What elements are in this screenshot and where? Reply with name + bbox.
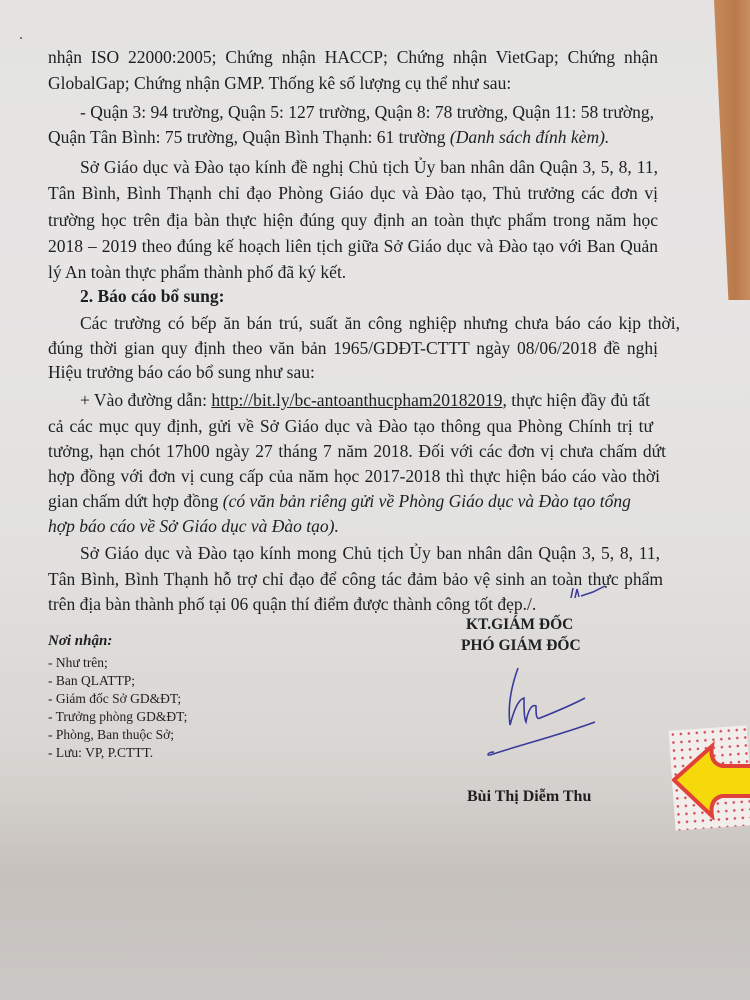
attachment-note: (Danh sách đính kèm). — [450, 127, 609, 147]
text-span: , thực hiện đầy đủ tất — [502, 390, 650, 410]
text-line: cả các mục quy định, gửi về Sở Giáo dục … — [48, 416, 653, 437]
text-line: lý An toàn thực phẩm thành phố đã ký kết… — [48, 262, 346, 283]
text-line: 2018 – 2019 theo đúng kế hoạch liên tịch… — [48, 236, 658, 257]
text-line: trên địa bàn thành phố tại 06 quận thí đ… — [48, 594, 536, 615]
paper-speck — [20, 37, 22, 39]
text-line: Các trường có bếp ăn bán trú, suất ăn cô… — [80, 313, 680, 334]
text-line: Quận Tân Bình: 75 trường, Quận Bình Thạn… — [48, 127, 609, 148]
signature-title: KT.GIÁM ĐỐC — [466, 616, 573, 634]
recipient-item: - Phòng, Ban thuộc Sở; — [48, 727, 174, 743]
text-span: + Vào đường dẫn: — [80, 390, 211, 410]
text-line: tưởng, hạn chót 17h00 ngày 27 tháng 7 nă… — [48, 441, 666, 462]
signature-subtitle: PHÓ GIÁM ĐỐC — [461, 637, 581, 655]
recipients-title: Nơi nhận: — [48, 633, 112, 650]
text-line: Tân Bình, Bình Thạnh chỉ đạo Phòng Giáo … — [48, 183, 658, 204]
text-line: + Vào đường dẫn: http://bit.ly/bc-antoan… — [80, 390, 650, 411]
text-line: Sở Giáo dục và Đào tạo kính mong Chủ tịc… — [80, 543, 660, 564]
text-span: gian chấm dứt hợp đồng — [48, 491, 223, 511]
section-heading: 2. Báo cáo bổ sung: — [80, 286, 224, 307]
text-line: hợp đồng với đơn vị cung cấp của năm học… — [48, 466, 660, 487]
text-line: hợp báo cáo về Sở Giáo dục và Đào tạo). — [48, 516, 339, 537]
recipient-item: - Như trên; — [48, 655, 108, 671]
text-line: nhận ISO 22000:2005; Chứng nhận HACCP; C… — [48, 47, 658, 68]
recipient-item: - Ban QLATTP; — [48, 673, 135, 689]
text-span: Quận Tân Bình: 75 trường, Quận Bình Thạn… — [48, 127, 450, 147]
text-line: Sở Giáo dục và Đào tạo kính đề nghị Chủ … — [80, 157, 658, 178]
recipient-item: - Lưu: VP, P.CTTT. — [48, 745, 153, 761]
text-line: Hiệu trưởng báo cáo bổ sung như sau: — [48, 362, 315, 383]
recipient-item: - Trưởng phòng GD&ĐT; — [48, 709, 187, 725]
signer-name: Bùi Thị Diễm Thu — [467, 788, 591, 806]
initials-mark-icon — [565, 580, 615, 606]
recipient-item: - Giám đốc Sở GD&ĐT; — [48, 691, 181, 707]
text-line: - Quận 3: 94 trường, Quận 5: 127 trường,… — [80, 102, 654, 123]
text-line: đúng thời gian quy định theo văn bản 196… — [48, 338, 658, 359]
text-line: GlobalGap; Chứng nhận GMP. Thống kê số l… — [48, 73, 511, 94]
arrow-sticker-icon — [672, 740, 750, 820]
text-span-italic: (có văn bản riêng gửi về Phòng Giáo dục … — [223, 491, 631, 511]
text-line: trường học trên địa bàn thực hiện đúng q… — [48, 210, 658, 231]
text-line: gian chấm dứt hợp đồng (có văn bản riêng… — [48, 491, 631, 512]
report-link[interactable]: http://bit.ly/bc-antoanthucpham20182019 — [211, 390, 502, 410]
signature-icon — [480, 660, 610, 760]
